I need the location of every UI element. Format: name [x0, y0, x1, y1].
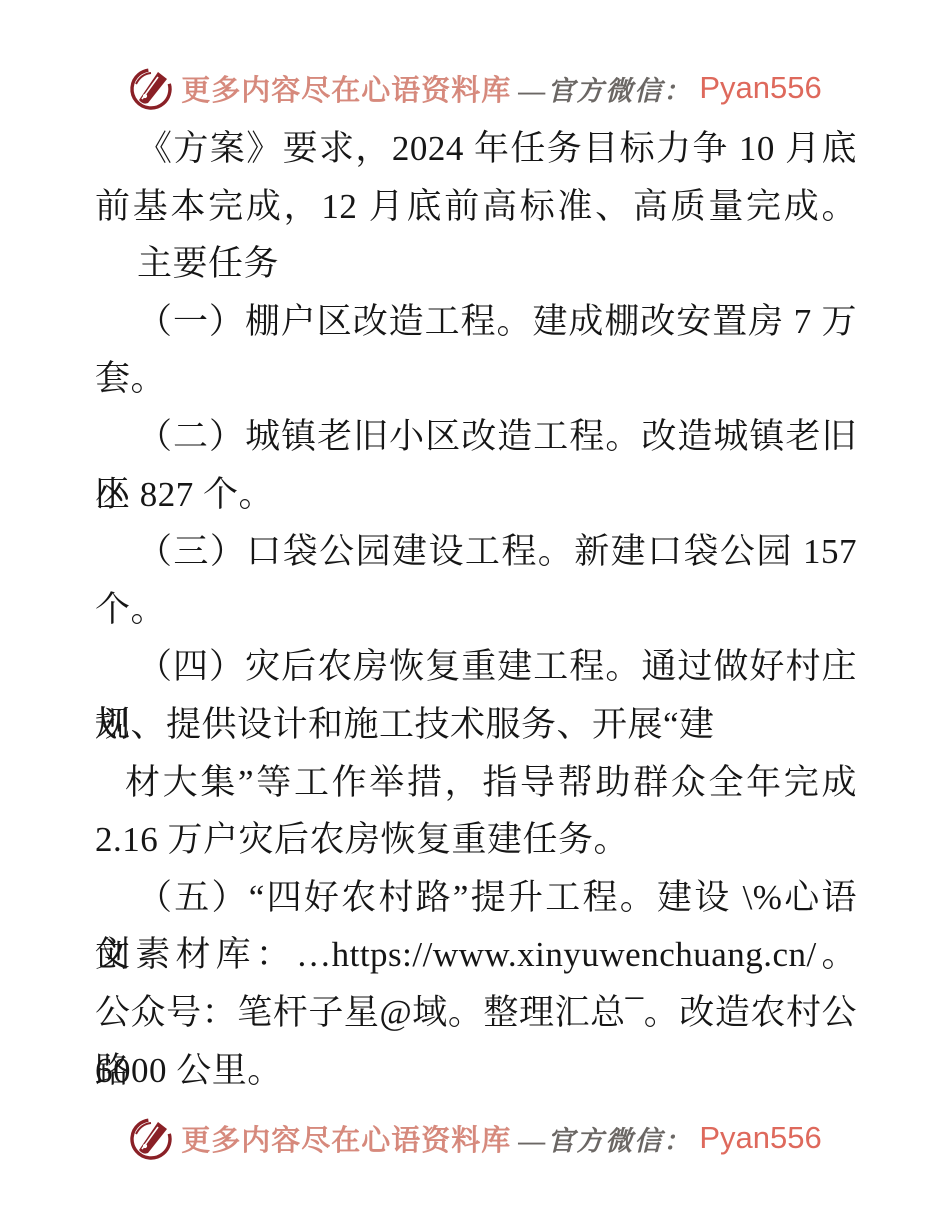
pen-nib-swirl-icon [128, 1114, 174, 1162]
text-line: 6000 公里。 [95, 1042, 857, 1100]
watermark-wechat-id: Pyan556 [699, 70, 821, 106]
section-heading: 主要任务 [95, 235, 857, 293]
text-line: 区 827 个。 [95, 466, 857, 524]
text-line: 个。 [95, 581, 857, 639]
watermark-text: 更多内容尽在心语资料库 [181, 1118, 511, 1159]
watermark-wechat-label: —官方微信： [518, 1119, 692, 1158]
document-body: 《方案》要求，2024 年任务目标力争 10 月底 前基本完成，12 月底前高标… [95, 120, 857, 1099]
header-watermark: 更多内容尽在心语资料库 —官方微信： Pyan556 [0, 64, 950, 112]
text-line: 划、提供设计和施工技术服务、开展“建 [95, 696, 857, 754]
text-line: （四）灾后农房恢复重建工程。通过做好村庄规 [95, 638, 857, 696]
footer-watermark: 更多内容尽在心语资料库 —官方微信： Pyan556 [0, 1114, 950, 1162]
text-line: （五）“四好农村路”提升工程。建设 \%心语文 [95, 869, 857, 927]
text-line: 公众号：笔杆子星@域。整理汇总¯。改造农村公路 [95, 984, 857, 1042]
text-line: 2.16 万户灾后农房恢复重建任务。 [95, 811, 857, 869]
watermark-wechat-label: —官方微信： [518, 69, 692, 108]
text-line: （二）城镇老旧小区改造工程。改造城镇老旧小 [95, 408, 857, 466]
text-line: 《方案》要求，2024 年任务目标力争 10 月底 [95, 120, 857, 178]
document-page: 更多内容尽在心语资料库 —官方微信： Pyan556 《方案》要求，2024 年… [0, 0, 950, 1230]
text-line: 前基本完成，12 月底前高标准、高质量完成。 [95, 178, 857, 236]
text-line: （一）棚户区改造工程。建成棚改安置房 7 万 [95, 293, 857, 351]
text-line: 材大集”等工作举措，指导帮助群众全年完成 [95, 754, 857, 812]
pen-nib-swirl-icon [128, 64, 174, 112]
text-line: 创素材库：…https://www.xinyuwenchuang.cn/。 [95, 926, 857, 984]
text-line: 套。 [95, 350, 857, 408]
text-line: （三）口袋公园建设工程。新建口袋公园 157 [95, 523, 857, 581]
watermark-text: 更多内容尽在心语资料库 [181, 68, 511, 109]
watermark-wechat-id: Pyan556 [699, 1120, 821, 1156]
